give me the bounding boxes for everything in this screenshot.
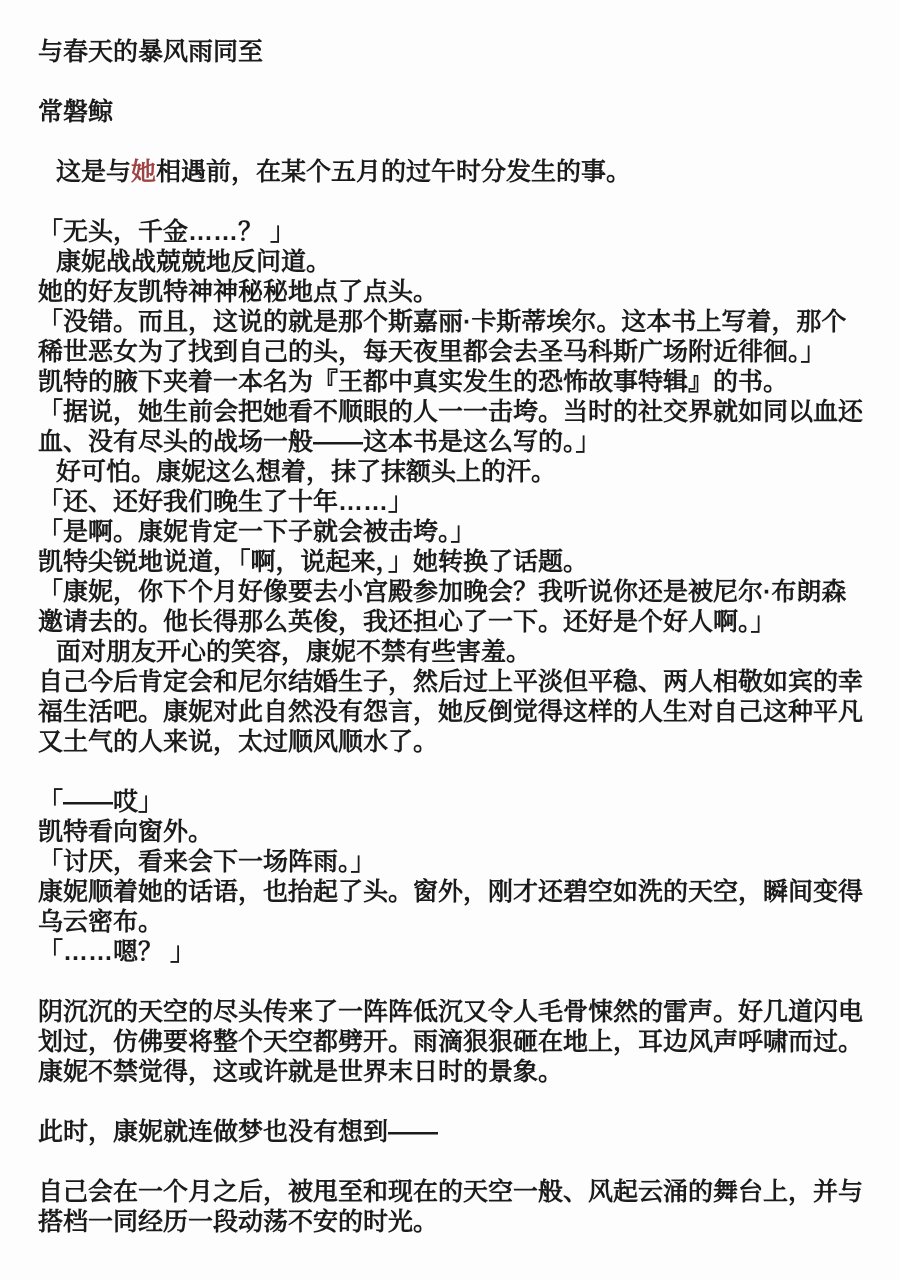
text-segment: 「无头，千金……？ 」 bbox=[38, 218, 295, 246]
text-segment: 与春天的暴风雨同至 bbox=[38, 38, 263, 66]
highlighted-her-text: 她 bbox=[131, 158, 156, 186]
blank-line bbox=[38, 967, 866, 997]
text-segment: 「……嗯？ 」 bbox=[38, 938, 195, 966]
paragraph-line: 稀世恶女为了找到自己的头，每天夜里都会去圣马科斯广场附近徘徊。」 bbox=[38, 337, 866, 367]
paragraph-line: 「还、还好我们晚生了十年……」 bbox=[38, 487, 866, 517]
text-segment: 「没错。而且，这说的就是那个斯嘉丽·卡斯蒂埃尔。这本书上写着，那个 bbox=[38, 308, 846, 336]
text-segment: 福生活吧。康妮对此自然没有怨言，她反倒觉得这样的人生对自己这种平凡 bbox=[38, 698, 863, 726]
paragraph-line: 她的好友凯特神神秘秘地点了点头。 bbox=[38, 277, 866, 307]
paragraph-line: 乌云密布。 bbox=[38, 907, 866, 937]
paragraph-line: 「据说，她生前会把她看不顺眼的人一一击垮。当时的社交界就如同以血还 bbox=[38, 397, 866, 427]
paragraph-line: 面对朋友开心的笑容，康妮不禁有些害羞。 bbox=[38, 637, 866, 667]
text-segment: 她的好友凯特神神秘秘地点了点头。 bbox=[38, 278, 438, 306]
paragraph-line: 阴沉沉的天空的尽头传来了一阵阵低沉又令人毛骨悚然的雷声。好几道闪电 bbox=[38, 997, 866, 1027]
paragraph-line: 福生活吧。康妮对此自然没有怨言，她反倒觉得这样的人生对自己这种平凡 bbox=[38, 697, 866, 727]
text-segment: 搭档一同经历一段动荡不安的时光。 bbox=[38, 1208, 438, 1236]
text-segment: 凯特看向窗外。 bbox=[38, 818, 213, 846]
text-segment: 面对朋友开心的笑容，康妮不禁有些害羞。 bbox=[56, 638, 531, 666]
paragraph-line: 「没错。而且，这说的就是那个斯嘉丽·卡斯蒂埃尔。这本书上写着，那个 bbox=[38, 307, 866, 337]
text-segment: 「康妮，你下个月好像要去小宫殿参加晚会？我听说你还是被尼尔·布朗森 bbox=[38, 578, 846, 606]
paragraph-line: 自己会在一个月之后，被甩至和现在的天空一般、风起云涌的舞台上，并与 bbox=[38, 1177, 866, 1207]
blank-line bbox=[38, 1087, 866, 1117]
text-segment: 康妮战战兢兢地反问道。 bbox=[56, 248, 331, 276]
novel-reader-page: 与春天的暴风雨同至 常磐鲸 这是与她相遇前，在某个五月的过午时分发生的事。 「无… bbox=[0, 0, 900, 1280]
paragraph-line: 凯特看向窗外。 bbox=[38, 817, 866, 847]
blank-line bbox=[38, 127, 866, 157]
text-segment: 阴沉沉的天空的尽头传来了一阵阵低沉又令人毛骨悚然的雷声。好几道闪电 bbox=[38, 998, 863, 1026]
blank-line bbox=[38, 67, 866, 97]
text-segment: 凯特的腋下夹着一本名为『王都中真实发生的恐怖故事特辑』的书。 bbox=[38, 368, 788, 396]
paragraph-line: 血、没有尽头的战场一般——这本书是这么写的。」 bbox=[38, 427, 866, 457]
text-segment: 又土气的人来说，太过顺风顺水了。 bbox=[38, 728, 438, 756]
paragraph-line: 康妮不禁觉得，这或许就是世界末日时的景象。 bbox=[38, 1057, 866, 1087]
text-segment: 「——哎」 bbox=[38, 788, 163, 816]
blank-line bbox=[38, 757, 866, 787]
text-segment: 稀世恶女为了找到自己的头，每天夜里都会去圣马科斯广场附近徘徊。」 bbox=[38, 338, 826, 366]
paragraph-line: 凯特尖锐地说道，「啊，说起来，」她转换了话题。 bbox=[38, 547, 866, 577]
paragraph-line: 搭档一同经历一段动荡不安的时光。 bbox=[38, 1207, 866, 1237]
text-segment: 自己今后肯定会和尼尔结婚生子，然后过上平淡但平稳、两人相敬如宾的幸 bbox=[38, 668, 863, 696]
paragraph-line: 「康妮，你下个月好像要去小宫殿参加晚会？我听说你还是被尼尔·布朗森 bbox=[38, 577, 866, 607]
paragraph-line: 凯特的腋下夹着一本名为『王都中真实发生的恐怖故事特辑』的书。 bbox=[38, 367, 866, 397]
paragraph-line: 「——哎」 bbox=[38, 787, 866, 817]
paragraph-line: 「无头，千金……？ 」 bbox=[38, 217, 866, 247]
paragraph-line: 康妮顺着她的话语，也抬起了头。窗外，刚才还碧空如洗的天空，瞬间变得 bbox=[38, 877, 866, 907]
text-segment: 好可怕。康妮这么想着，抹了抹额头上的汗。 bbox=[56, 458, 556, 486]
chapter-title: 与春天的暴风雨同至 bbox=[38, 37, 866, 67]
paragraph-line: 康妮战战兢兢地反问道。 bbox=[38, 247, 866, 277]
paragraph-line: 又土气的人来说，太过顺风顺水了。 bbox=[38, 727, 866, 757]
paragraph-line: 「是啊。康妮肯定一下子就会被击垮。」 bbox=[38, 517, 866, 547]
text-segment: 这是与 bbox=[56, 158, 131, 186]
text-segment: 凯特尖锐地说道，「啊，说起来，」她转换了话题。 bbox=[38, 548, 588, 576]
blank-line bbox=[38, 187, 866, 217]
blank-line bbox=[38, 1147, 866, 1177]
text-segment: 「讨厌，看来会下一场阵雨。」 bbox=[38, 848, 376, 876]
paragraph-line: 此时，康妮就连做梦也没有想到—— bbox=[38, 1117, 866, 1147]
paragraph-line: 邀请去的。他长得那么英俊，我还担心了一下。还好是个好人啊。」 bbox=[38, 607, 866, 637]
author-name: 常磐鲸 bbox=[38, 97, 866, 127]
paragraph-line: 自己今后肯定会和尼尔结婚生子，然后过上平淡但平稳、两人相敬如宾的幸 bbox=[38, 667, 866, 697]
text-segment: 康妮顺着她的话语，也抬起了头。窗外，刚才还碧空如洗的天空，瞬间变得 bbox=[38, 878, 863, 906]
text-segment: 「据说，她生前会把她看不顺眼的人一一击垮。当时的社交界就如同以血还 bbox=[38, 398, 863, 426]
text-segment: 「是啊。康妮肯定一下子就会被击垮。」 bbox=[38, 518, 476, 546]
paragraph-line: 划过，仿佛要将整个天空都劈开。雨滴狠狠砸在地上，耳边风声呼啸而过。 bbox=[38, 1027, 866, 1057]
text-segment: 邀请去的。他长得那么英俊，我还担心了一下。还好是个好人啊。」 bbox=[38, 608, 776, 636]
text-segment: 血、没有尽头的战场一般——这本书是这么写的。」 bbox=[38, 428, 601, 456]
text-segment: 常磐鲸 bbox=[38, 98, 113, 126]
text-segment: 「还、还好我们晚生了十年……」 bbox=[38, 488, 413, 516]
text-segment: 自己会在一个月之后，被甩至和现在的天空一般、风起云涌的舞台上，并与 bbox=[38, 1178, 863, 1206]
text-segment: 康妮不禁觉得，这或许就是世界末日时的景象。 bbox=[38, 1058, 563, 1086]
paragraph-line: 好可怕。康妮这么想着，抹了抹额头上的汗。 bbox=[38, 457, 866, 487]
text-segment: 此时，康妮就连做梦也没有想到—— bbox=[38, 1118, 438, 1146]
screen: { "colors": { "background": "#fdfdfd", "… bbox=[0, 0, 900, 1280]
paragraph-line: 这是与她相遇前，在某个五月的过午时分发生的事。 bbox=[38, 157, 866, 187]
text-segment: 相遇前，在某个五月的过午时分发生的事。 bbox=[156, 158, 631, 186]
paragraph-line: 「……嗯？ 」 bbox=[38, 937, 866, 967]
paragraph-line: 「讨厌，看来会下一场阵雨。」 bbox=[38, 847, 866, 877]
text-segment: 划过，仿佛要将整个天空都劈开。雨滴狠狠砸在地上，耳边风声呼啸而过。 bbox=[38, 1028, 863, 1056]
text-segment: 乌云密布。 bbox=[38, 908, 163, 936]
